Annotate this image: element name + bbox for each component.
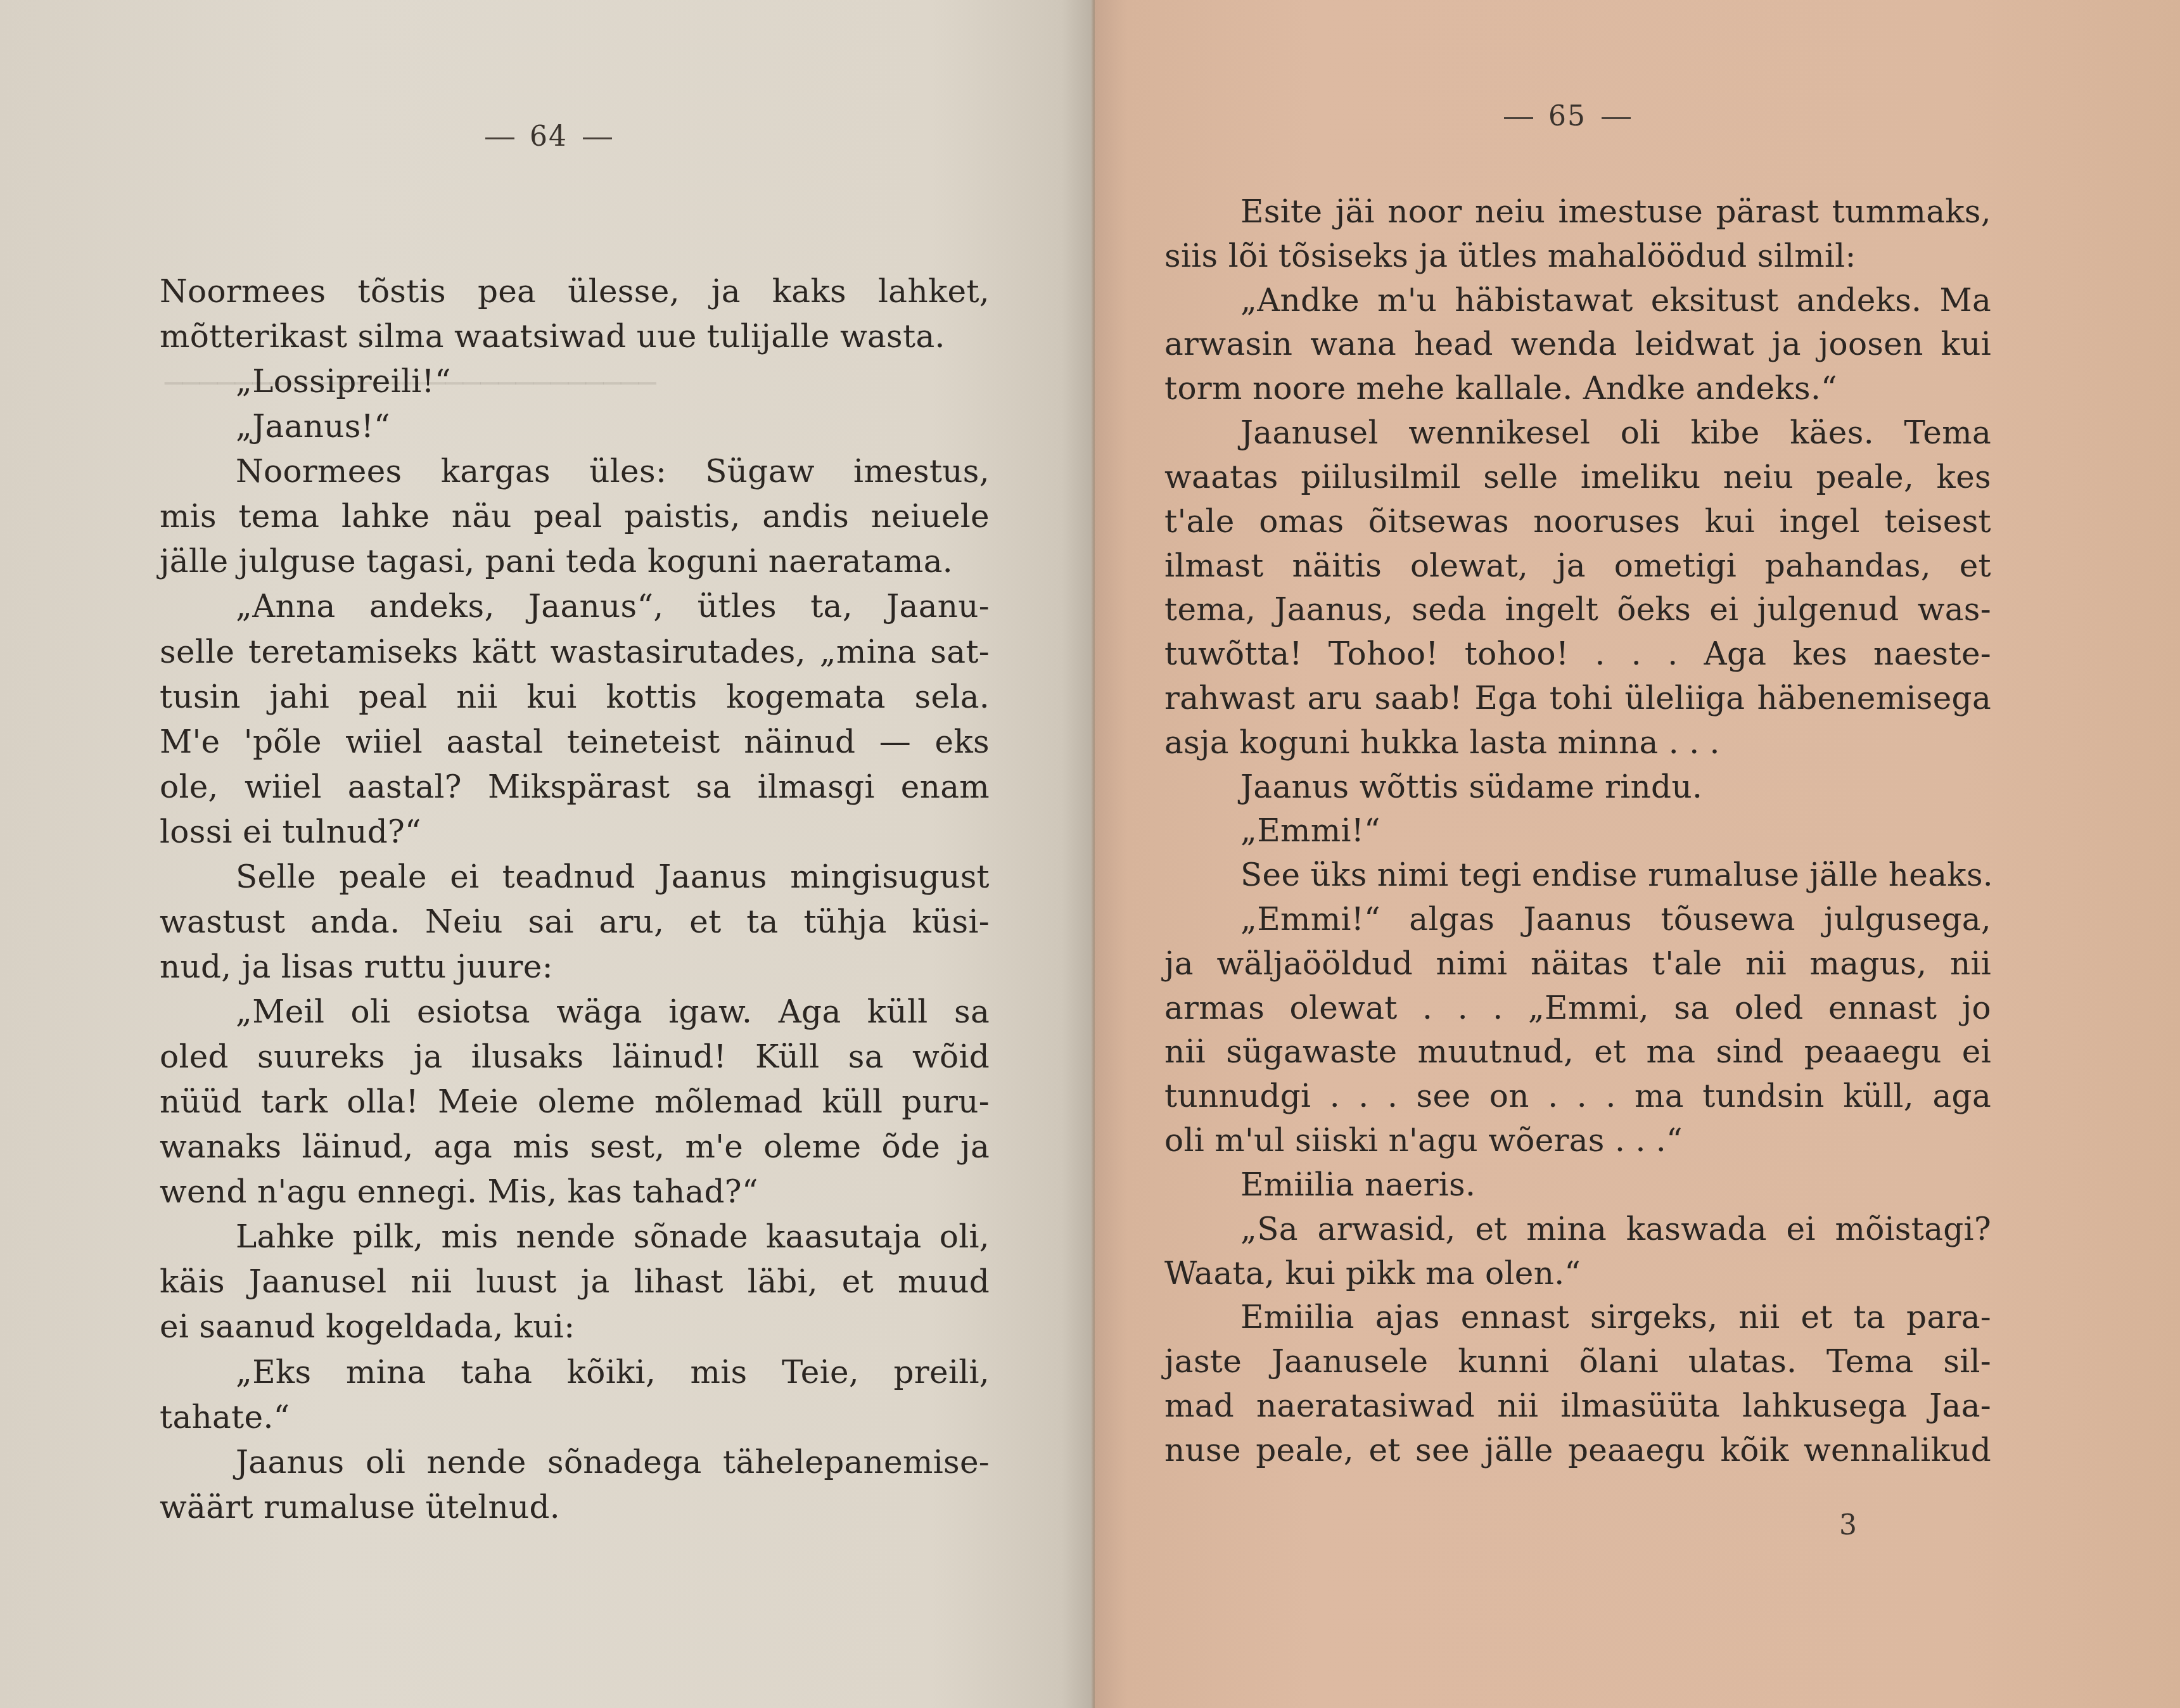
text-line: See üks nimi tegi endise rumaluse jälle … <box>1164 853 1991 898</box>
text-line: „Eks mina taha kõiki, mis Teie, preili, <box>160 1350 990 1395</box>
text-line: Jaanus wõttis südame rindu. <box>1164 765 1991 810</box>
text-line: nüüd tark olla! Meie oleme mõlemad küll … <box>160 1080 990 1125</box>
page-number-text: 65 <box>1548 100 1586 132</box>
text-line: oli m'ul siiski n'agu wõeras . . .“ <box>1164 1119 1991 1163</box>
text-line: Noormees kargas üles: Sügaw imestus, <box>160 449 990 494</box>
text-line: waatas piilusilmil selle imeliku neiu pe… <box>1164 456 1991 500</box>
text-line: rahwast aru saab! Ega tohi üleliiga häbe… <box>1164 677 1991 721</box>
text-line: Jaanusel wennikesel oli kibe käes. Tema <box>1164 411 1991 456</box>
page-number-left: 64 <box>470 120 627 153</box>
text-line: Esite jäi noor neiu imestuse pärast tumm… <box>1164 190 1991 234</box>
text-line: siis lõi tõsiseks ja ütles mahalöödud si… <box>1164 234 1991 279</box>
text-line: mad naeratasiwad nii ilmasüüta lahkusega… <box>1164 1384 1991 1429</box>
text-line: „Lossipreili!“ <box>160 359 990 404</box>
text-line: arwasin wana head wenda leidwat ja joose… <box>1164 322 1991 367</box>
folio-dash <box>583 137 612 139</box>
text-line: wastust anda. Neiu sai aru, et ta tühja … <box>160 900 990 945</box>
text-line: Emiilia naeris. <box>1164 1163 1991 1208</box>
folio-dash <box>1602 117 1631 119</box>
text-line: „Meil oli esiotsa wäga igaw. Aga küll sa <box>160 990 990 1035</box>
text-line: Noormees tõstis pea ülesse, ja kaks lahk… <box>160 269 990 314</box>
text-line: jaste Jaanusele kunni õlani ulatas. Tema… <box>1164 1340 1991 1384</box>
text-line: ei saanud kogeldada, kui: <box>160 1304 990 1349</box>
text-line: wanaks läinud, aga mis sest, m'e oleme õ… <box>160 1125 990 1169</box>
left-page: 64 ──────────────────────────── Noormees… <box>0 0 1095 1708</box>
text-line: t'ale omas õitsewas nooruses kui ingel t… <box>1164 500 1991 544</box>
text-line: Selle peale ei teadnud Jaanus mingisugus… <box>160 855 990 900</box>
text-line: tusin jahi peal nii kui kottis kogemata … <box>160 675 990 720</box>
page-number-right: 65 <box>1489 100 1646 132</box>
text-line: käis Jaanusel nii luust ja lihast läbi, … <box>160 1259 990 1304</box>
text-line: wend n'agu ennegi. Mis, kas tahad?“ <box>160 1169 990 1214</box>
text-line: nii sügawaste muutnud, et ma sind peaaeg… <box>1164 1030 1991 1074</box>
left-page-text: Noormees tõstis pea ülesse, ja kaks lahk… <box>160 269 990 1530</box>
text-line: ja wäljaööldud nimi näitas t'ale nii mag… <box>1164 942 1991 986</box>
text-line: Lahke pilk, mis nende sõnade kaasutaja o… <box>160 1214 990 1259</box>
text-line: lossi ei tulnud?“ <box>160 810 990 855</box>
right-page-text: Esite jäi noor neiu imestuse pärast tumm… <box>1164 190 1991 1473</box>
right-page: 65 Esite jäi noor neiu imestuse pärast t… <box>1095 0 2180 1708</box>
text-line: ole, wiiel aastal? Mikspärast sa ilmasgi… <box>160 765 990 810</box>
text-line: Emiilia ajas ennast sirgeks, nii et ta p… <box>1164 1296 1991 1340</box>
text-line: mis tema lahke näu peal paistis, andis n… <box>160 494 990 539</box>
text-line: asja koguni hukka lasta minna . . . <box>1164 721 1991 765</box>
page-number-text: 64 <box>530 120 568 153</box>
folio-dash <box>1504 117 1533 119</box>
text-line: tema, Jaanus, seda ingelt õeks ei julgen… <box>1164 588 1991 632</box>
text-line: tahate.“ <box>160 1395 990 1440</box>
folio-dash <box>485 137 514 139</box>
text-line: Waata, kui pikk ma olen.“ <box>1164 1252 1991 1296</box>
signature-mark: 3 <box>1839 1509 1857 1541</box>
text-line: tunnudgi . . . see on . . . ma tundsin k… <box>1164 1074 1991 1119</box>
text-line: „Andke m'u häbistawat eksitust andeks. M… <box>1164 279 1991 323</box>
text-line: armas olewat . . . „Emmi, sa oled ennast… <box>1164 986 1991 1031</box>
text-line: „Emmi!“ algas Jaanus tõusewa julgusega, <box>1164 898 1991 942</box>
text-line: ilmast näitis olewat, ja ometigi pahanda… <box>1164 544 1991 589</box>
text-line: torm noore mehe kallale. Andke andeks.“ <box>1164 367 1991 411</box>
text-line: „Sa arwasid, et mina kaswada ei mõistagi… <box>1164 1208 1991 1252</box>
text-line: mõtterikast silma waatsiwad uue tulijall… <box>160 314 990 359</box>
text-line: selle teretamiseks kätt wastasirutades, … <box>160 630 990 675</box>
text-line: wäärt rumaluse ütelnud. <box>160 1485 990 1530</box>
book-spread: 64 ──────────────────────────── Noormees… <box>0 0 2180 1708</box>
text-line: „Anna andeks, Jaanus“, ütles ta, Jaanu- <box>160 584 990 629</box>
text-line: nuse peale, et see jälle peaaegu kõik we… <box>1164 1429 1991 1473</box>
text-line: M'e 'põle wiiel aastal teineteist näinud… <box>160 720 990 765</box>
text-line: „Jaanus!“ <box>160 404 990 449</box>
text-line: oled suureks ja ilusaks läinud! Küll sa … <box>160 1035 990 1080</box>
text-line: tuwõtta! Tohoo! tohoo! . . . Aga kes nae… <box>1164 632 1991 677</box>
text-line: jälle julguse tagasi, pani teda koguni n… <box>160 539 990 584</box>
text-line: Jaanus oli nende sõnadega tähelepanemise… <box>160 1440 990 1485</box>
text-line: nud, ja lisas ruttu juure: <box>160 945 990 990</box>
text-line: „Emmi!“ <box>1164 809 1991 853</box>
